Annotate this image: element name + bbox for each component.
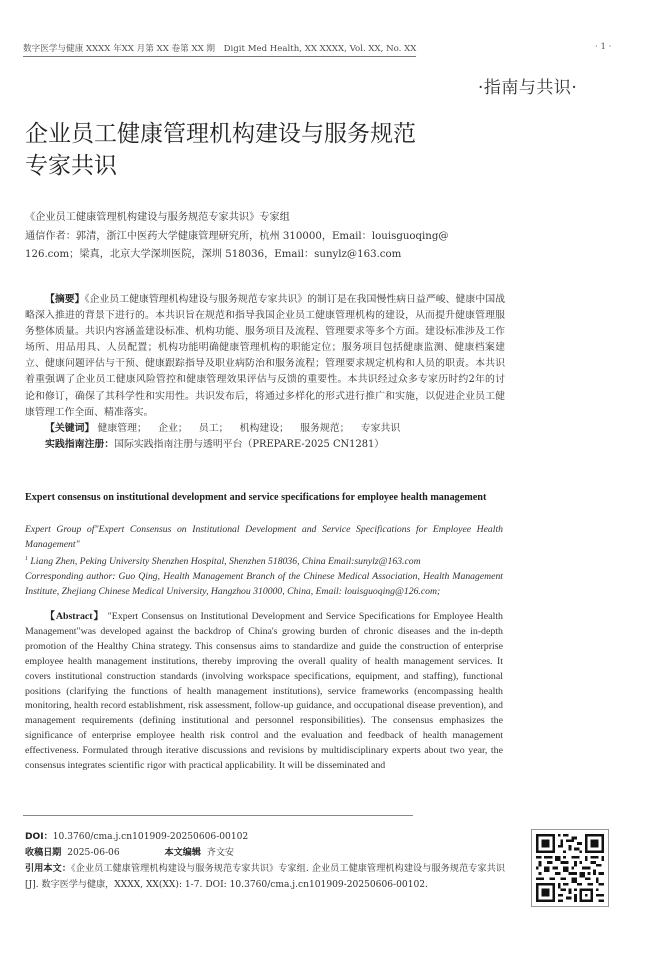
received-label: 收稿日期	[25, 848, 61, 858]
keywords-label: 【关键词】	[45, 423, 94, 434]
english-corresponding: Corresponding author: Guo Qing, Health M…	[25, 570, 503, 599]
qr-code-graphic	[536, 834, 604, 902]
received-value: 2025-06-06	[67, 848, 119, 858]
english-abstract-text: "Expert Consensus on Institutional Devel…	[25, 611, 503, 771]
citation-text: 《企业员工健康管理机构建设与服务规范专家共识》专家组. 企业员工健康管理机构建设…	[25, 864, 505, 890]
registration-value: 国际实践指南注册与透明平台（PREPARE-2025 CN1281）	[114, 439, 384, 450]
english-abstract: 【Abstract】 "Expert Consensus on Institut…	[25, 610, 503, 774]
doi-row: DOI：10.3760/cma.j.cn101909-20250606-0010…	[25, 829, 505, 845]
english-title: Expert consensus on institutional develo…	[25, 490, 503, 506]
keyword: 员工；	[199, 423, 229, 434]
keywords-row: 【关键词】 健康管理； 企业； 员工； 机构建设； 服务规范； 专家共识	[25, 421, 505, 437]
abstract-text: 《企业员工健康管理机构建设与服务规范专家共识》的制订是在我国慢性病日益严峻、健康…	[25, 294, 505, 418]
footnote-divider	[23, 815, 413, 816]
chinese-abstract: 【摘要】《企业员工健康管理机构建设与服务规范专家共识》的制订是在我国慢性病日益严…	[25, 292, 505, 453]
keyword: 健康管理；	[98, 423, 147, 434]
keyword: 专家共识	[361, 423, 401, 434]
english-author-block: Expert Group of"Expert Consensus on Inst…	[25, 523, 503, 600]
editor-value: 齐文安	[207, 848, 234, 858]
abstract-paragraph: 【摘要】《企业员工健康管理机构建设与服务规范专家共识》的制订是在我国慢性病日益严…	[25, 292, 505, 421]
citation-row: 引用本文：《企业员工健康管理机构建设与服务规范专家共识》专家组. 企业员工健康管…	[25, 861, 505, 893]
english-abstract-label: 【Abstract】	[45, 611, 104, 622]
keyword: 服务规范；	[300, 423, 349, 434]
author-block: 《企业员工健康管理机构建设与服务规范专家共识》专家组 通信作者：郭清，浙江中医药…	[25, 209, 505, 265]
affiliation-text: Liang Zhen, Peking University Shenzhen H…	[28, 557, 421, 568]
editor-label: 本文编辑	[165, 848, 201, 858]
article-footer: DOI：10.3760/cma.j.cn101909-20250606-0010…	[25, 829, 505, 893]
keyword: 企业；	[158, 423, 188, 434]
section-tag: ·指南与共识·	[478, 73, 577, 98]
received-row: 收稿日期 2025-06-06 本文编辑 齐文安	[25, 845, 505, 861]
running-head: 数字医学与健康 XXXX 年XX 月第 XX 卷第 XX 期 Digit Med…	[23, 42, 416, 57]
registration-label: 实践指南注册：	[45, 439, 114, 450]
registration-row: 实践指南注册：国际实践指南注册与透明平台（PREPARE-2025 CN1281…	[25, 437, 505, 453]
correspondence-line1: 通信作者：郭清，浙江中医药大学健康管理研究所，杭州 310000，Email：l…	[25, 228, 505, 247]
article-title-line2: 专家共识	[25, 150, 416, 182]
doi-label: DOI：	[25, 832, 53, 842]
page-number: · 1 ·	[595, 42, 611, 52]
english-group: Expert Group of"Expert Consensus on Inst…	[25, 523, 503, 552]
abstract-label: 【摘要】	[45, 294, 85, 305]
qr-code-icon[interactable]	[531, 829, 609, 907]
doi-value[interactable]: 10.3760/cma.j.cn101909-20250606-00102	[53, 832, 248, 842]
article-title: 企业员工健康管理机构建设与服务规范 专家共识	[25, 118, 416, 182]
keyword: 机构建设；	[240, 423, 289, 434]
citation-label: 引用本文：	[25, 864, 71, 874]
correspondence-line2: 126.com；梁真，北京大学深圳医院，深圳 518036，Email：suny…	[25, 246, 505, 265]
author-group: 《企业员工健康管理机构建设与服务规范专家共识》专家组	[25, 209, 505, 228]
english-affiliation: 1 Liang Zhen, Peking University Shenzhen…	[25, 552, 503, 570]
article-title-line1: 企业员工健康管理机构建设与服务规范	[25, 118, 416, 150]
